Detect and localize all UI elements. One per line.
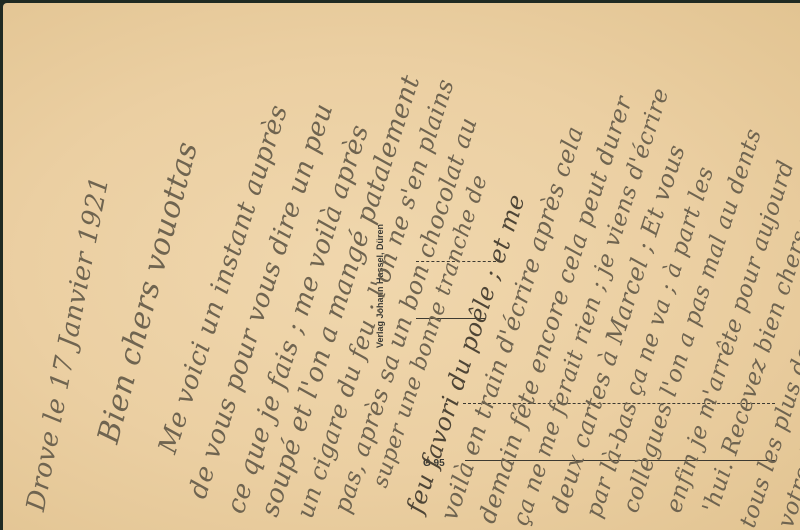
dateline-text: Drove le 17 Janvier <box>21 249 101 513</box>
postcard: Verlag Johann Hassel, Düren G 95 Drove l… <box>3 3 800 530</box>
dateline-year: 1921 <box>73 174 115 247</box>
dateline: Drove le 17 Janvier 1921 <box>21 174 115 514</box>
